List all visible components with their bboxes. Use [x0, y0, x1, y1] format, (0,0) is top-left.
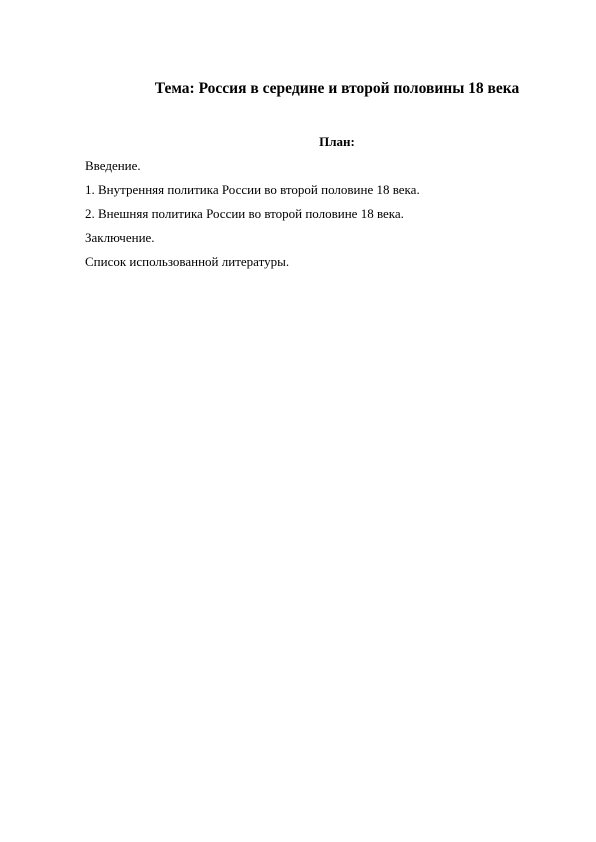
plan-item: 2. Внешняя политика России во второй пол…	[85, 206, 420, 222]
plan-item: Список использованной литературы.	[85, 254, 420, 270]
plan-item: Введение.	[85, 158, 420, 174]
plan-item: 1. Внутренняя политика России во второй …	[85, 182, 420, 198]
plan-heading: План:	[0, 134, 596, 150]
plan-item: Заключение.	[85, 230, 420, 246]
plan-list: Введение. 1. Внутренняя политика России …	[85, 158, 420, 278]
document-title: Тема: Россия в середине и второй половин…	[0, 80, 596, 98]
